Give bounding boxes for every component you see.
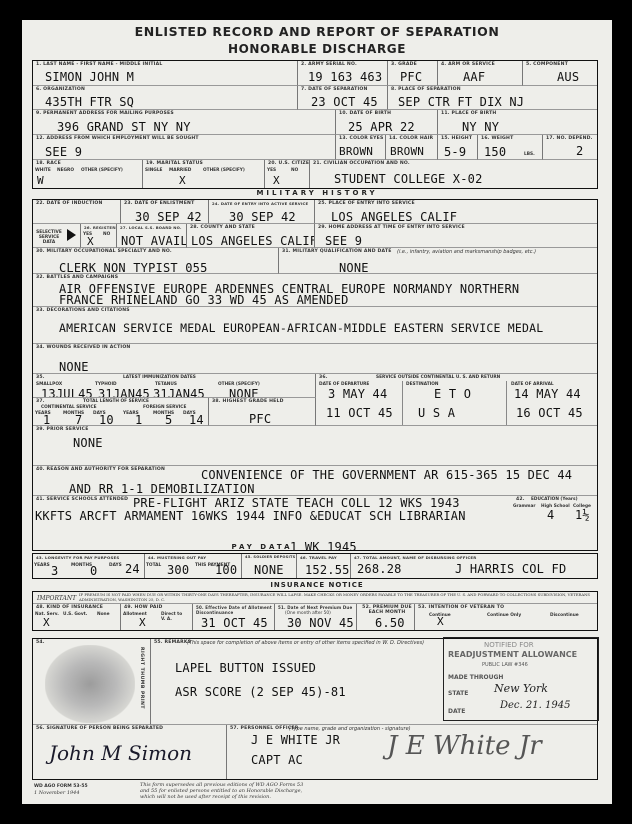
- remarks-signature-box: 54. RIGHT THUMB PRINT 55. REMARKS (This …: [32, 638, 598, 780]
- citizen-mark: X: [273, 174, 280, 187]
- insurance-box: IMPORTANT IF PREMIUM IS NOT PAID WHEN DU…: [32, 591, 598, 631]
- field-kind-insurance: 48. KIND OF INSURANCE Nat. Serv. U.S. Go…: [33, 604, 121, 630]
- field-battles: 32. BATTLES AND CAMPAIGNS AIR OFFENSIVE …: [33, 274, 597, 307]
- field-how-paid: 49. HOW PAID Allotment Direct to V. A. X: [121, 604, 193, 630]
- field-height: 15. HEIGHT 5-9: [438, 135, 478, 160]
- field-longevity: 43. LONGEVITY FOR PAY PURPOSES YEARS MON…: [33, 554, 145, 578]
- field-employment-address: 12. ADDRESS FROM WHICH EMPLOYMENT WILL B…: [33, 135, 336, 160]
- how-paid-mark: X: [139, 616, 146, 629]
- field-citizen: 20. U.S. CITIZEN YES NO X: [265, 160, 310, 188]
- field-induction: 22. DATE OF INDUCTION: [33, 200, 121, 224]
- personal-info-box: 1. LAST NAME - FIRST NAME - MIDDLE INITI…: [32, 60, 598, 189]
- stamp-date-value: Dec. 21. 1945: [500, 700, 570, 711]
- field-civilian-occupation: 21. CIVILIAN OCCUPATION AND NO. STUDENT …: [310, 160, 597, 188]
- document-subtitle: HONORABLE DISCHARGE: [22, 42, 612, 56]
- field-premium-due: 52. PREMIUM DUE EACH MONTH 6.50: [357, 604, 415, 630]
- field-service-outside: 36. SERVICE OUTSIDE CONTINENTAL U. S. AN…: [316, 374, 597, 426]
- field-total-amount: 47. TOTAL AMOUNT, NAME OF DISBURSING OFF…: [351, 554, 597, 578]
- race-mark: W: [37, 174, 44, 187]
- insurance-important-notice: IMPORTANT IF PREMIUM IS NOT PAID WHEN DU…: [33, 592, 597, 604]
- document-title: ENLISTED RECORD AND REPORT OF SEPARATION: [22, 24, 612, 39]
- form-id: WD AGO FORM 53-55 1 November 1944: [34, 784, 88, 796]
- service-divider-2: [506, 381, 507, 426]
- field-service-schools: 41. SERVICE SCHOOLS ATTENDED PRE-FLIGHT …: [33, 496, 523, 550]
- field-marital-status: 19. MARITAL STATUS SINGLE MARRIED OTHER …: [143, 160, 265, 188]
- field-intention: 53. INTENTION OF VETERAN TO Continue Con…: [415, 604, 597, 630]
- field-wounds: 34. WOUNDS RECEIVED IN ACTION NONE: [33, 344, 597, 374]
- readjustment-allowance-stamp: NOTIFIED FOR READJUSTMENT ALLOWANCE PUBL…: [443, 637, 599, 721]
- field-qualification: 31. MILITARY QUALIFICATION AND DATE (i.e…: [279, 248, 597, 274]
- signature-john-simon: John M Simon: [49, 741, 192, 765]
- thumbprint-image: [45, 645, 135, 723]
- insurance-notice-header: INSURANCE NOTICE: [22, 581, 612, 589]
- field-decorations: 33. DECORATIONS AND CITATIONS AMERICAN S…: [33, 307, 597, 344]
- arrow-right-icon: [67, 229, 76, 241]
- field-place-separation: 8. PLACE OF SEPARATION SEP CTR FT DIX NJ: [388, 86, 597, 110]
- field-length-of-service: 37. TOTAL LENGTH OF SERVICE CONTINENTAL …: [33, 398, 209, 426]
- field-serial: 2. ARMY SERIAL NO. 19 163 463: [298, 61, 388, 86]
- field-signature-separated: 56. SIGNATURE OF PERSON BEING SEPARATED …: [33, 725, 227, 779]
- field-separation-reason: 40. REASON AND AUTHORITY FOR SEPARATION …: [33, 466, 597, 496]
- field-date-birth: 10. DATE OF BIRTH 25 APR 22: [336, 110, 438, 135]
- field-date-separation: 7. DATE OF SEPARATION 23 OCT 45: [298, 86, 388, 110]
- field-name: 1. LAST NAME - FIRST NAME - MIDDLE INITI…: [33, 61, 298, 86]
- field-personnel-officer: 57. PERSONNEL OFFICER (Type name, grade …: [227, 725, 597, 779]
- registered-mark: X: [87, 235, 94, 248]
- field-local-board: 27. LOCAL S.S. BOARD NO. NOT AVAIL: [117, 224, 187, 248]
- field-mos: 30. MILITARY OCCUPATIONAL SPECIALTY AND …: [33, 248, 279, 274]
- field-travel-pay: 46. TRAVEL PAY 152.55: [297, 554, 351, 578]
- pay-data-box: 43. LONGEVITY FOR PAY PURPOSES YEARS MON…: [32, 553, 598, 579]
- field-immunization: 35. LATEST IMMUNIZATION DATES SMALLPOX T…: [33, 374, 316, 398]
- stamp-state-value: New York: [494, 682, 548, 695]
- supersedes-notice: This form supersedes all previous editio…: [140, 782, 310, 800]
- field-weight: 16. WEIGHT 150 LBS.: [478, 135, 543, 160]
- military-history-box: 22. DATE OF INDUCTION 23. DATE OF ENLIST…: [32, 199, 598, 551]
- discharge-document: ENLISTED RECORD AND REPORT OF SEPARATION…: [22, 20, 612, 804]
- field-hair-color: 14. COLOR HAIR BROWN: [386, 135, 438, 160]
- intention-mark: X: [437, 615, 444, 628]
- field-dependents: 17. NO. DEPEND. 2: [543, 135, 597, 160]
- field-grade: 3. GRADE PFC: [388, 61, 438, 86]
- field-enlistment: 23. DATE OF ENLISTMENT 30 SEP 42: [121, 200, 209, 224]
- field-prior-service: 39. PRIOR SERVICE NONE: [33, 426, 597, 466]
- field-eye-color: 13. COLOR EYES BROWN: [336, 135, 386, 160]
- field-mustering-out-pay: 44. MUSTERING OUT PAY TOTAL THIS PAYMENT…: [145, 554, 242, 578]
- field-effective-date: 50. Effective Date of Allotment Disconti…: [193, 604, 275, 630]
- name-value: SIMON JOHN M: [45, 70, 134, 84]
- thumb-print-area: 54. RIGHT THUMB PRINT: [33, 639, 151, 725]
- field-place-birth: 11. PLACE OF BIRTH NY NY: [438, 110, 597, 135]
- pay-data-header: PAY DATA: [0, 543, 612, 551]
- selective-service-data: SELECTIVE SERVICE DATA: [33, 224, 81, 248]
- field-next-premium: 51. Date of Next Premium Due (One month …: [275, 604, 357, 630]
- signature-je-white: J E White Jr: [387, 731, 542, 761]
- field-component: 5. COMPONENT AUS: [523, 61, 597, 86]
- field-registered: 26. REGISTERED YES NO X: [81, 224, 117, 248]
- field-organization: 6. ORGANIZATION 435TH FTR SQ: [33, 86, 298, 110]
- field-arm: 4. ARM OR SERVICE AAF: [438, 61, 523, 86]
- marital-mark: X: [179, 174, 186, 187]
- field-soldier-deposits: 45. SOLDIER DEPOSITS NONE: [242, 554, 297, 578]
- field-education: 42. EDUCATION (Years) Grammar High Schoo…: [513, 496, 597, 522]
- field-home-address-entry: 29. HOME ADDRESS AT TIME OF ENTRY INTO S…: [315, 224, 597, 248]
- service-divider-1: [402, 381, 403, 426]
- field-permanent-address: 9. PERMANENT ADDRESS FOR MAILING PURPOSE…: [33, 110, 336, 135]
- field-county-state: 28. COUNTY AND STATE LOS ANGELES CALIF: [187, 224, 315, 248]
- field-highest-grade: 38. HIGHEST GRADE HELD PFC: [209, 398, 316, 426]
- military-history-header: MILITARY HISTORY: [22, 189, 612, 197]
- field-entry-place: 25. PLACE OF ENTRY INTO SERVICE LOS ANGE…: [315, 200, 597, 224]
- field-active-entry: 24. DATE OF ENTRY INTO ACTIVE SERVICE 30…: [209, 200, 315, 224]
- field-race: 18. RACE WHITE NEGRO OTHER (specify) W: [33, 160, 143, 188]
- kind-mark: X: [43, 616, 50, 629]
